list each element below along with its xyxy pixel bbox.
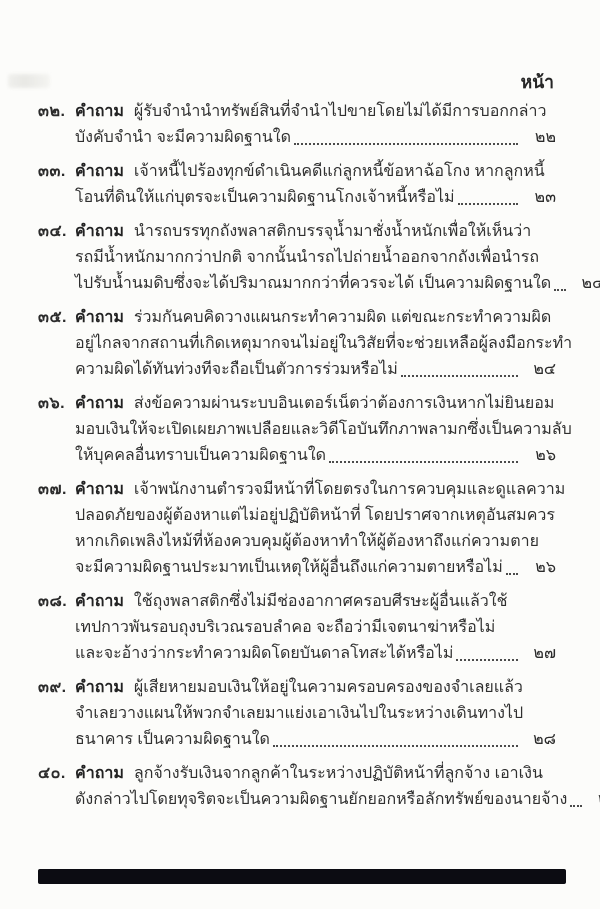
item-number: ๓๒. (38, 99, 72, 125)
item-line: และจะอ้างว่ากระทำความผิดโดยบันดาลโทสะได้… (75, 641, 556, 667)
toc-item: ๓๙. คำถามผู้เสียหายมอบเงินให้อยู่ในความค… (38, 675, 556, 753)
dot-leader (401, 375, 518, 377)
item-first-line: คำถามผู้เสียหายมอบเงินให้อยู่ในความครอบค… (75, 675, 556, 701)
line-text: รถมีน้ำหนักมากกว่าปกติ จากนั้นนำรถไปถ่าย… (75, 249, 539, 266)
scan-bar-artifact (38, 869, 566, 884)
toc-item: ๓๘. คำถามใช้ถุงพลาสติกซึ่งไม่มีช่องอากาศ… (38, 589, 556, 667)
line-text: ใช้ถุงพลาสติกซึ่งไม่มีช่องอากาศครอบศีรษะ… (134, 593, 508, 610)
item-first-line: คำถามใช้ถุงพลาสติกซึ่งไม่มีช่องอากาศครอบ… (75, 589, 556, 615)
question-label: คำถาม (75, 593, 124, 610)
scanned-toc-page: หน้า ๓๒. คำถามผู้รับจำนำนำทรัพย์สินที่จำ… (0, 0, 600, 909)
toc-item: ๓๗. คำถามเจ้าพนักงานตำรวจมีหน้าที่โดยตรง… (38, 477, 556, 581)
toc-item: ๔๐. คำถามลูกจ้างรับเงินจากลูกค้าในระหว่า… (38, 761, 556, 813)
line-text: ผู้รับจำนำนำทรัพย์สินที่จำนำไปขายโดยไม่ไ… (134, 103, 547, 120)
line-text: จะมีความผิดฐานประมาทเป็นเหตุให้ผู้อื่นถึ… (75, 555, 503, 581)
item-lines: คำถามนำรถบรรทุกถังพลาสติกบรรจุน้ำมาชั่งน… (75, 219, 556, 297)
toc-item: ๓๓. คำถามเจ้าหนี้ไปร้องทุกข์ดำเนินคดีแก่… (38, 159, 556, 211)
toc-item: ๓๕. คำถามร่วมกันคบคิดวางแผนกระทำความผิด … (38, 305, 556, 383)
item-line: เทปกาวพันรอบถุงบริเวณรอบลำคอ จะถือว่ามีเ… (75, 615, 556, 641)
item-first-line: คำถามลูกจ้างรับเงินจากลูกค้าในระหว่างปฏิ… (75, 761, 556, 787)
line-text: และจะอ้างว่ากระทำความผิดโดยบันดาลโทสะได้… (75, 641, 453, 667)
question-label: คำถาม (75, 765, 124, 782)
line-text: ผู้เสียหายมอบเงินให้อยู่ในความครอบครองขอ… (134, 679, 523, 696)
item-line: จะมีความผิดฐานประมาทเป็นเหตุให้ผู้อื่นถึ… (75, 555, 556, 581)
line-text: ดังกล่าวไปโดยทุจริตจะเป็นความผิดฐานยักยอ… (75, 787, 567, 813)
item-line: อยู่ไกลจากสถานที่เกิดเหตุมากจนไม่อยู่ในว… (75, 331, 556, 357)
item-line: ธนาคาร เป็นความผิดฐานใด๒๘ (75, 727, 556, 753)
item-lines: คำถามผู้เสียหายมอบเงินให้อยู่ในความครอบค… (75, 675, 556, 753)
item-line: รถมีน้ำหนักมากกว่าปกติ จากนั้นนำรถไปถ่าย… (75, 245, 556, 271)
page-number: ๒๙ (590, 787, 600, 813)
item-lines: คำถามผู้รับจำนำนำทรัพย์สินที่จำนำไปขายโด… (75, 99, 556, 151)
item-line: ให้บุคคลอื่นทราบเป็นความผิดฐานใด๒๖ (75, 443, 556, 469)
item-line: จำเลยวางแผนให้พวกจำเลยมาแย่งเอาเงินไปในร… (75, 701, 556, 727)
line-text: ไปรับน้ำนมดิบซึ่งจะได้ปริมาณมากกว่าที่คว… (75, 271, 551, 297)
item-line: ปลอดภัยของผู้ต้องหาแต่ไม่อยู่ปฏิบัติหน้า… (75, 503, 556, 529)
item-first-line: คำถามนำรถบรรทุกถังพลาสติกบรรจุน้ำมาชั่งน… (75, 219, 556, 245)
line-text: ส่งข้อความผ่านระบบอินเตอร์เน็ตว่าต้องการ… (134, 395, 554, 412)
line-text: หากเกิดเพลิงไหม้ที่ห้องควบคุมผู้ต้องหาทำ… (75, 533, 539, 550)
item-number: ๔๐. (38, 761, 72, 787)
item-number: ๓๓. (38, 159, 72, 185)
line-text: เจ้าหนี้ไปร้องทุกข์ดำเนินคดีแก่ลูกหนี้ข้… (134, 163, 545, 180)
line-text: ปลอดภัยของผู้ต้องหาแต่ไม่อยู่ปฏิบัติหน้า… (75, 507, 555, 524)
item-line: หากเกิดเพลิงไหม้ที่ห้องควบคุมผู้ต้องหาทำ… (75, 529, 556, 555)
toc-item: ๓๖. คำถามส่งข้อความผ่านระบบอินเตอร์เน็ตว… (38, 391, 556, 469)
item-lines: คำถามเจ้าพนักงานตำรวจมีหน้าที่โดยตรงในกา… (75, 477, 556, 581)
item-first-line: คำถามเจ้าพนักงานตำรวจมีหน้าที่โดยตรงในกา… (75, 477, 556, 503)
line-text: เจ้าพนักงานตำรวจมีหน้าที่โดยตรงในการควบค… (134, 481, 565, 498)
page-number: ๒๗ (526, 641, 556, 667)
page-number: ๒๔ (574, 271, 600, 297)
line-text: มอบเงินให้จะเปิดเผยภาพเปลือยและวิดีโอบัน… (75, 421, 572, 438)
line-text: เทปกาวพันรอบถุงบริเวณรอบลำคอ จะถือว่ามีเ… (75, 619, 495, 636)
dot-leader (329, 461, 518, 463)
dot-leader (458, 203, 518, 205)
line-text: ธนาคาร เป็นความผิดฐานใด (75, 727, 270, 753)
item-line: มอบเงินให้จะเปิดเผยภาพเปลือยและวิดีโอบัน… (75, 417, 556, 443)
item-first-line: คำถามร่วมกันคบคิดวางแผนกระทำความผิด แต่ข… (75, 305, 556, 331)
item-lines: คำถามส่งข้อความผ่านระบบอินเตอร์เน็ตว่าต้… (75, 391, 556, 469)
line-text: ความผิดได้ทันท่วงทีจะถือเป็นตัวการร่วมหร… (75, 357, 398, 383)
line-text: จำเลยวางแผนให้พวกจำเลยมาแย่งเอาเงินไปในร… (75, 705, 523, 722)
item-number: ๓๗. (38, 477, 72, 503)
scan-bleed-artifact (8, 74, 50, 88)
item-first-line: คำถามส่งข้อความผ่านระบบอินเตอร์เน็ตว่าต้… (75, 391, 556, 417)
dot-leader (273, 745, 518, 747)
line-text: ร่วมกันคบคิดวางแผนกระทำความผิด แต่ขณะกระ… (134, 309, 551, 326)
page-number: ๒๓ (526, 185, 556, 211)
page-number: ๒๔ (526, 357, 556, 383)
question-label: คำถาม (75, 163, 124, 180)
page-number: ๒๒ (526, 125, 556, 151)
line-text: ให้บุคคลอื่นทราบเป็นความผิดฐานใด (75, 443, 326, 469)
question-label: คำถาม (75, 309, 124, 326)
line-text: โอนที่ดินให้แก่บุตรจะเป็นความผิดฐานโกงเจ… (75, 185, 455, 211)
line-text: ลูกจ้างรับเงินจากลูกค้าในระหว่างปฏิบัติห… (134, 765, 543, 782)
toc-item: ๓๒. คำถามผู้รับจำนำนำทรัพย์สินที่จำนำไปข… (38, 99, 556, 151)
item-number: ๓๖. (38, 391, 72, 417)
item-lines: คำถามใช้ถุงพลาสติกซึ่งไม่มีช่องอากาศครอบ… (75, 589, 556, 667)
page-number: ๒๖ (526, 443, 556, 469)
item-line: ความผิดได้ทันท่วงทีจะถือเป็นตัวการร่วมหร… (75, 357, 556, 383)
question-label: คำถาม (75, 679, 124, 696)
item-number: ๓๔. (38, 219, 72, 245)
question-label: คำถาม (75, 223, 124, 240)
item-lines: คำถามลูกจ้างรับเงินจากลูกค้าในระหว่างปฏิ… (75, 761, 556, 813)
page-column-header: หน้า (521, 70, 554, 94)
question-label: คำถาม (75, 103, 124, 120)
line-text: อยู่ไกลจากสถานที่เกิดเหตุมากจนไม่อยู่ในว… (75, 335, 572, 352)
dot-leader (456, 659, 518, 661)
item-line: ดังกล่าวไปโดยทุจริตจะเป็นความผิดฐานยักยอ… (75, 787, 556, 813)
item-line: ไปรับน้ำนมดิบซึ่งจะได้ปริมาณมากกว่าที่คว… (75, 271, 556, 297)
item-lines: คำถามเจ้าหนี้ไปร้องทุกข์ดำเนินคดีแก่ลูกห… (75, 159, 556, 211)
line-text: นำรถบรรทุกถังพลาสติกบรรจุน้ำมาชั่งน้ำหนั… (134, 223, 531, 240)
dot-leader (506, 573, 518, 575)
toc-item: ๓๔. คำถามนำรถบรรทุกถังพลาสติกบรรจุน้ำมาช… (38, 219, 556, 297)
item-lines: คำถามร่วมกันคบคิดวางแผนกระทำความผิด แต่ข… (75, 305, 556, 383)
item-line: บังคับจำนำ จะมีความผิดฐานใด๒๒ (75, 125, 556, 151)
dot-leader (294, 143, 518, 145)
page-number: ๒๘ (526, 727, 556, 753)
dot-leader (554, 289, 566, 291)
item-number: ๓๕. (38, 305, 72, 331)
line-text: บังคับจำนำ จะมีความผิดฐานใด (75, 125, 291, 151)
dot-leader (570, 805, 582, 807)
item-number: ๓๘. (38, 589, 72, 615)
toc-list: ๓๒. คำถามผู้รับจำนำนำทรัพย์สินที่จำนำไปข… (38, 99, 556, 821)
item-line: โอนที่ดินให้แก่บุตรจะเป็นความผิดฐานโกงเจ… (75, 185, 556, 211)
item-number: ๓๙. (38, 675, 72, 701)
page-number: ๒๖ (526, 555, 556, 581)
item-first-line: คำถามเจ้าหนี้ไปร้องทุกข์ดำเนินคดีแก่ลูกห… (75, 159, 556, 185)
question-label: คำถาม (75, 395, 124, 412)
question-label: คำถาม (75, 481, 124, 498)
item-first-line: คำถามผู้รับจำนำนำทรัพย์สินที่จำนำไปขายโด… (75, 99, 556, 125)
